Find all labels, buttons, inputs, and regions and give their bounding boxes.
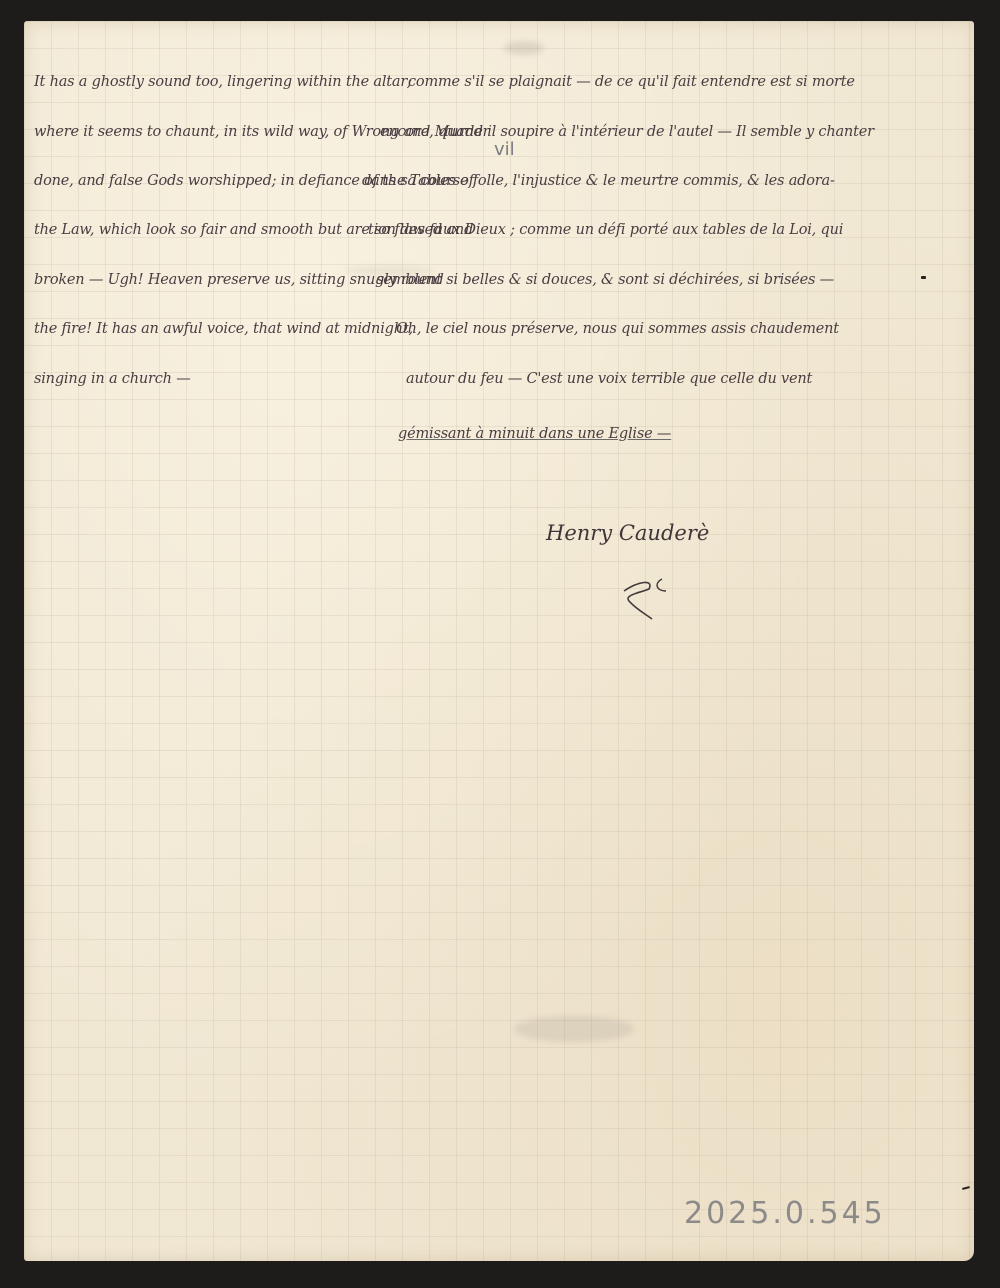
french-line-7: autour du feu — C'est une voix terrible … (406, 371, 812, 387)
pencil-annotation: vil (494, 139, 515, 160)
french-line-3: dans sa course folle, l'injustice & le m… (362, 173, 835, 189)
signature: Henry Cauderè (546, 521, 709, 545)
ink-speck (962, 1186, 970, 1190)
french-line-1: comme s'il se plaignait — de ce qu'il fa… (408, 74, 855, 90)
french-line-6: Oh, le ciel nous préserve, nous qui somm… (396, 321, 839, 337)
offset-smudge (344, 266, 434, 276)
french-line-4: tion des faux Dieux ; comme un défi port… (368, 222, 843, 238)
english-line-1: It has a ghostly sound too, lingering wi… (34, 74, 412, 90)
signature-flourish-icon (614, 561, 684, 621)
french-line-8: gémissant à minuit dans une Eglise — (398, 426, 671, 442)
pencil-scribble (504, 41, 544, 55)
manuscript-page: It has a ghostly sound too, lingering wi… (24, 21, 974, 1261)
french-line-2: encore, quand il soupire à l'intérieur d… (380, 124, 874, 140)
french-line-5: semblent si belles & si douces, & sont s… (376, 272, 834, 288)
shelfmark: 2025.0.545 (684, 1196, 886, 1231)
english-line-6: the fire! It has an awful voice, that wi… (34, 321, 413, 337)
ink-speck (921, 276, 926, 279)
english-line-7: singing in a church — (34, 371, 191, 387)
offset-smudge (514, 1016, 634, 1042)
